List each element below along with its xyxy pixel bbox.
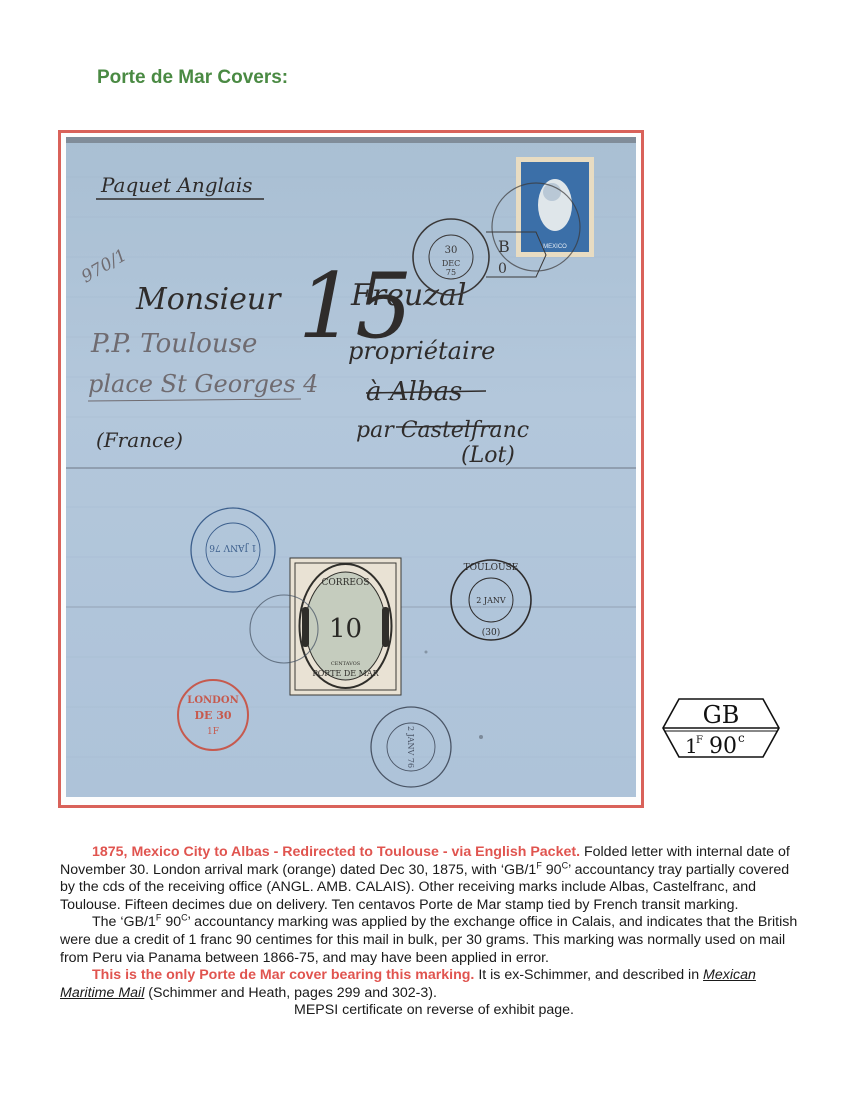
mexico-stamp: MEXICO: [516, 157, 594, 257]
svg-text:LONDON: LONDON: [187, 695, 238, 706]
svg-text:F: F: [696, 735, 703, 746]
route-note: Paquet Anglais: [96, 173, 264, 199]
porte-de-mar-stamp: CORREOS 10 CENTAVOS PORTE DE MAR: [290, 558, 401, 695]
page-title: Porte de Mar Covers:: [97, 67, 288, 89]
redirect-line-2: place St Georges 4: [88, 370, 318, 398]
postmark-toulouse: TOULOUSE 2 JANV (30): [451, 560, 531, 640]
highlight-unique: This is the only Porte de Mar cover bear…: [92, 967, 474, 983]
description-block: 1875, Mexico City to Albas - Redirected …: [60, 844, 808, 1020]
certificate-note: MEPSI certificate on reverse of exhibit …: [60, 1002, 808, 1020]
description-paragraph-1: 1875, Mexico City to Albas - Redirected …: [60, 844, 808, 914]
description-paragraph-2: The ‘GB/1F 90C’ accountancy marking was …: [60, 914, 808, 967]
svg-text:DE 30: DE 30: [194, 709, 231, 722]
highlight-title: 1875, Mexico City to Albas - Redirected …: [92, 844, 580, 860]
cover-image: Paquet Anglais 970/1 Monsieur Freuzal pr…: [66, 137, 636, 797]
country-note: (France): [96, 428, 183, 452]
svg-text:TOULOUSE: TOULOUSE: [464, 563, 519, 573]
via-note: par Castelfranc: [356, 418, 529, 443]
mark-top-text: GB: [703, 701, 740, 729]
svg-text:1 JANV 76: 1 JANV 76: [209, 542, 257, 552]
svg-text:MEXICO: MEXICO: [543, 244, 567, 250]
redirect-line-1: P.P. Toulouse: [90, 329, 257, 359]
svg-text:10: 10: [329, 614, 362, 644]
rate-note: 970/1: [78, 246, 130, 288]
svg-text:30: 30: [445, 245, 458, 256]
svg-text:DEC: DEC: [442, 259, 460, 268]
postmark-albas: 1 JANV 76: [191, 508, 275, 592]
mark-amount: 90: [709, 734, 737, 759]
svg-text:Paquet Anglais: Paquet Anglais: [100, 173, 253, 197]
svg-text:1F: 1F: [207, 727, 219, 737]
department-note: (Lot): [461, 443, 515, 468]
svg-text:75: 75: [446, 268, 456, 277]
svg-text:2 JANV 76: 2 JANV 76: [406, 726, 415, 768]
postmark-castelfranc: 2 JANV 76: [371, 707, 451, 787]
svg-text:c: c: [738, 731, 745, 745]
svg-text:2 JANV: 2 JANV: [476, 596, 506, 605]
svg-text:par Castelfranc: par Castelfranc: [356, 418, 529, 443]
svg-text:B: B: [498, 237, 510, 256]
postmark-london: LONDON DE 30 1F: [178, 680, 248, 750]
svg-text:PORTE DE MAR: PORTE DE MAR: [312, 669, 379, 678]
due-numeral: 15: [298, 254, 413, 359]
svg-text:CENTAVOS: CENTAVOS: [331, 661, 361, 667]
svg-text:0: 0: [498, 261, 507, 277]
svg-text:(30): (30): [482, 627, 500, 638]
description-paragraph-3: This is the only Porte de Mar cover bear…: [60, 967, 808, 1002]
svg-text:CORREOS: CORREOS: [322, 578, 370, 588]
struck-town: à Albas: [366, 377, 486, 407]
accountancy-mark-illustration: GB 1 F 90 c: [661, 697, 781, 759]
salutation: Monsieur: [135, 282, 282, 317]
